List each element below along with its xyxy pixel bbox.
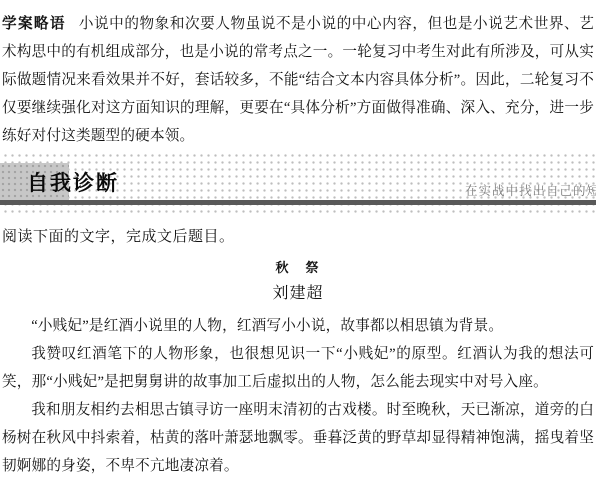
passage-author: 刘建超 <box>0 284 596 303</box>
passage-title: 秋 祭 <box>0 261 596 275</box>
banner-title: 自我诊断 <box>27 167 119 197</box>
passage-paragraph-2: 我赞叹红酒笔下的人物形象，也很想见识一下“小贱妃”的原型。红酒认为我的想法可笑，… <box>2 340 594 396</box>
intro-label: 学案略语 <box>2 16 66 32</box>
intro-text: 小说中的物象和次要人物虽说不是小说的中心内容，但也是小说艺术世界、艺术构思中的有… <box>2 16 594 144</box>
banner-rule <box>0 200 596 205</box>
intro-paragraph: 学案略语小说中的物象和次要人物虽说不是小说的中心内容，但也是小说艺术世界、艺术构… <box>0 0 596 150</box>
self-diagnosis-banner: 自我诊断 在实战中找出自己的短板 <box>0 150 596 217</box>
passage-body: “小贱妃”是红酒小说里的人物，红酒写小小说，故事都以相思镇为背景。 我赞叹红酒笔… <box>0 312 596 477</box>
passage-paragraph-3: 我和朋友相约去相思古镇寻访一座明末清初的古戏楼。时至晚秋，天已渐凉，道旁的白杨树… <box>2 396 594 477</box>
instruction-line: 阅读下面的文字，完成文后题目。 <box>0 227 596 248</box>
textbook-page: 学案略语小说中的物象和次要人物虽说不是小说的中心内容，但也是小说艺术世界、艺术构… <box>0 0 596 477</box>
banner-tagline: 在实战中找出自己的短板 <box>465 181 596 199</box>
passage-paragraph-1: “小贱妃”是红酒小说里的人物，红酒写小小说，故事都以相思镇为背景。 <box>2 312 594 340</box>
